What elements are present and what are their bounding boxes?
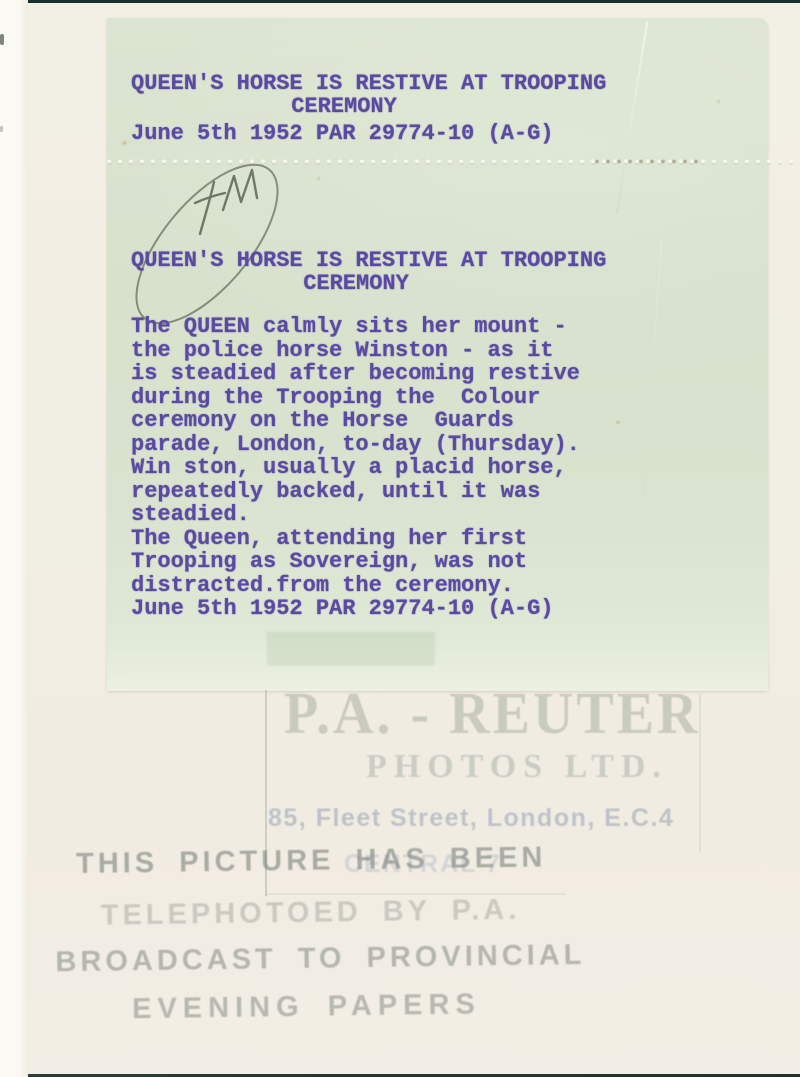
agency-stamp-name: P.A. - REUTER (284, 680, 701, 747)
top-slip-typed-text: QUEEN'S HORSE IS RESTIVE AT TROOPING CER… (131, 72, 609, 145)
caption-line: ceremony on the Horse Guards (131, 409, 580, 433)
caption-headline: QUEEN'S HORSE IS RESTIVE AT TROOPING CER… (131, 249, 609, 295)
photo-back-scan: QUEEN'S HORSE IS RESTIVE AT TROOPING CER… (0, 0, 800, 1077)
pencil-circle (126, 158, 290, 330)
agency-stamp-subtitle: PHOTOS LTD. (366, 748, 668, 786)
paper-left-margin (0, 0, 28, 1077)
caption-line: Win ston, usually a placid horse, (131, 456, 580, 480)
caption-line: repeatedly backed, until it was (131, 480, 580, 504)
distribution-stamp-line3: BROADCAST TO PROVINCIAL (55, 939, 585, 979)
caption-line: steadied. (131, 503, 580, 527)
foxing-spot (615, 420, 621, 425)
foxing-spot (716, 99, 721, 104)
pencil-monogram (126, 158, 290, 330)
scan-top-edge (0, 0, 800, 3)
agency-stamp-address: 85, Fleet Street, London, E.C.4 (268, 804, 674, 833)
paper-crease (616, 21, 648, 214)
caption-line: June 5th 1952 PAR 29774-10 (A-G) (131, 597, 580, 621)
caption-body: The QUEEN calmly sits her mount - the po… (131, 315, 580, 621)
caption-line: The Queen, attending her first (131, 527, 580, 551)
top-reference-line: June 5th 1952 PAR 29774-10 (A-G) (131, 122, 609, 145)
foxing-spot (121, 140, 128, 146)
caption-line: parade, London, to-day (Thursday). (131, 433, 580, 457)
pencil-initials (195, 170, 257, 234)
foxing-spot (316, 176, 321, 181)
distribution-stamp-line4: EVENING PAPERS (132, 988, 481, 1026)
paper-edge-nick (0, 126, 3, 132)
caption-headline-line1: QUEEN'S HORSE IS RESTIVE AT TROOPING (131, 249, 609, 272)
top-headline-line2: CEREMONY (131, 95, 609, 118)
caption-line: The QUEEN calmly sits her mount - (131, 315, 580, 339)
tape-mark (267, 632, 435, 666)
caption-line: Trooping as Sovereign, was not (131, 550, 580, 574)
caption-line: distracted.from the ceremony. (131, 574, 580, 598)
caption-line: is steadied after becoming restive (131, 362, 580, 386)
paper-crease (643, 238, 662, 497)
caption-line: during the Trooping the Colour (131, 386, 580, 410)
paper-edge-nick (0, 34, 4, 45)
perforation-dots-dark (595, 158, 705, 165)
distribution-stamp-line1: THIS PICTURE HAS BEEN (76, 841, 547, 881)
distribution-stamp-line2: TELEPHOTOED BY P.A. (101, 894, 521, 933)
caption-headline-line2: CEREMONY (131, 272, 609, 295)
caption-line: the police horse Winston - as it (131, 339, 580, 363)
top-headline-line1: QUEEN'S HORSE IS RESTIVE AT TROOPING (131, 72, 609, 95)
